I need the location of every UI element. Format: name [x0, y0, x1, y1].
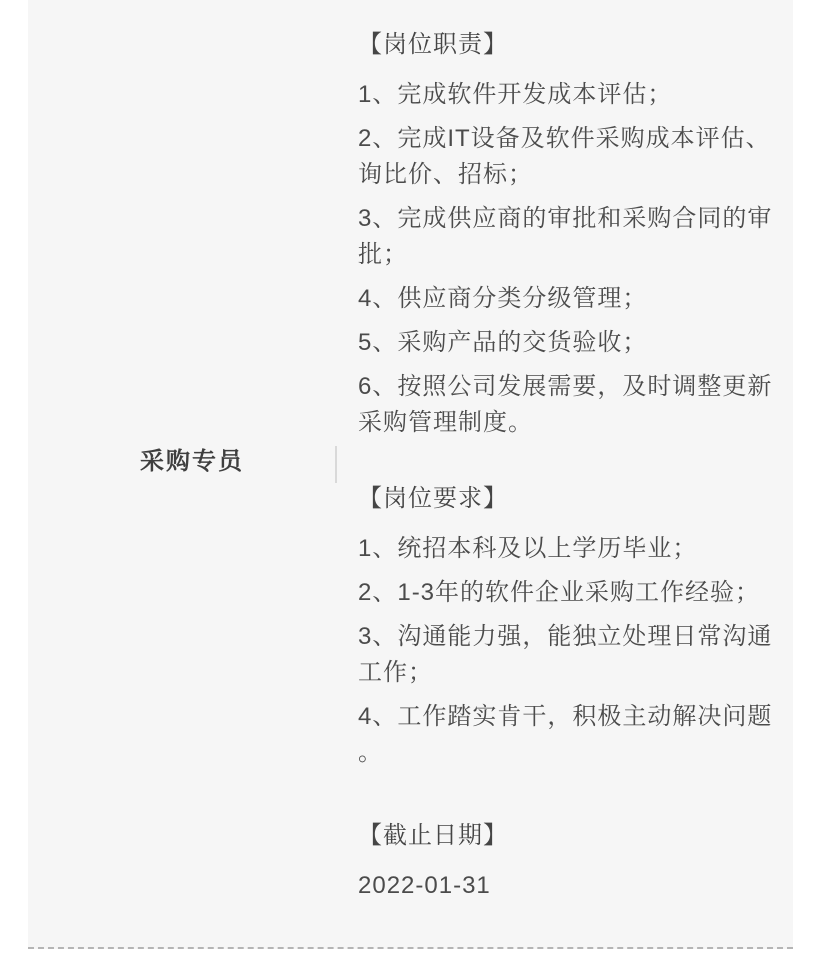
requirement-line: 工作；	[358, 655, 800, 691]
requirement-line: 。	[358, 735, 800, 771]
responsibility-line: 6、按照公司发展需要，及时调整更新	[358, 369, 800, 405]
responsibility-item: 3、完成供应商的审批和采购合同的审 批；	[358, 201, 800, 273]
requirement-line: 4、工作踏实肯干，积极主动解决问题	[358, 699, 800, 735]
responsibility-line: 1、完成软件开发成本评估；	[358, 77, 800, 113]
responsibility-line: 5、采购产品的交货验收；	[358, 325, 800, 361]
column-divider	[335, 446, 337, 483]
responsibility-line: 4、供应商分类分级管理；	[358, 281, 800, 317]
responsibility-line: 询比价、招标；	[358, 157, 800, 193]
requirements-heading: 【岗位要求】	[358, 481, 800, 517]
responsibility-line: 采购管理制度。	[358, 405, 800, 441]
job-description-column: 【岗位职责】 1、完成软件开发成本评估； 2、完成IT设备及软件采购成本评估、 …	[358, 27, 800, 904]
requirement-item: 4、工作踏实肯干，积极主动解决问题 。	[358, 699, 800, 771]
responsibility-line: 3、完成供应商的审批和采购合同的审	[358, 201, 800, 237]
requirement-line: 3、沟通能力强，能独立处理日常沟通	[358, 619, 800, 655]
deadline-heading: 【截止日期】	[358, 818, 800, 854]
responsibility-item: 4、供应商分类分级管理；	[358, 281, 800, 317]
job-row-panel: 采购专员 【岗位职责】 1、完成软件开发成本评估； 2、完成IT设备及软件采购成…	[28, 0, 793, 949]
job-title: 采购专员	[140, 448, 244, 476]
requirement-line: 1、统招本科及以上学历毕业；	[358, 531, 800, 567]
responsibility-item: 5、采购产品的交货验收；	[358, 325, 800, 361]
requirement-item: 3、沟通能力强，能独立处理日常沟通 工作；	[358, 619, 800, 691]
deadline-date: 2022-01-31	[358, 868, 800, 904]
requirement-line: 2、1-3年的软件企业采购工作经验；	[358, 575, 800, 611]
responsibility-item: 6、按照公司发展需要，及时调整更新 采购管理制度。	[358, 369, 800, 441]
responsibilities-heading: 【岗位职责】	[358, 27, 800, 63]
responsibility-item: 1、完成软件开发成本评估；	[358, 77, 800, 113]
requirement-item: 2、1-3年的软件企业采购工作经验；	[358, 575, 800, 611]
responsibility-item: 2、完成IT设备及软件采购成本评估、 询比价、招标；	[358, 121, 800, 193]
responsibility-line: 批；	[358, 237, 800, 273]
job-listing-page: 采购专员 【岗位职责】 1、完成软件开发成本评估； 2、完成IT设备及软件采购成…	[0, 0, 828, 958]
requirement-item: 1、统招本科及以上学历毕业；	[358, 531, 800, 567]
responsibility-line: 2、完成IT设备及软件采购成本评估、	[358, 121, 800, 157]
